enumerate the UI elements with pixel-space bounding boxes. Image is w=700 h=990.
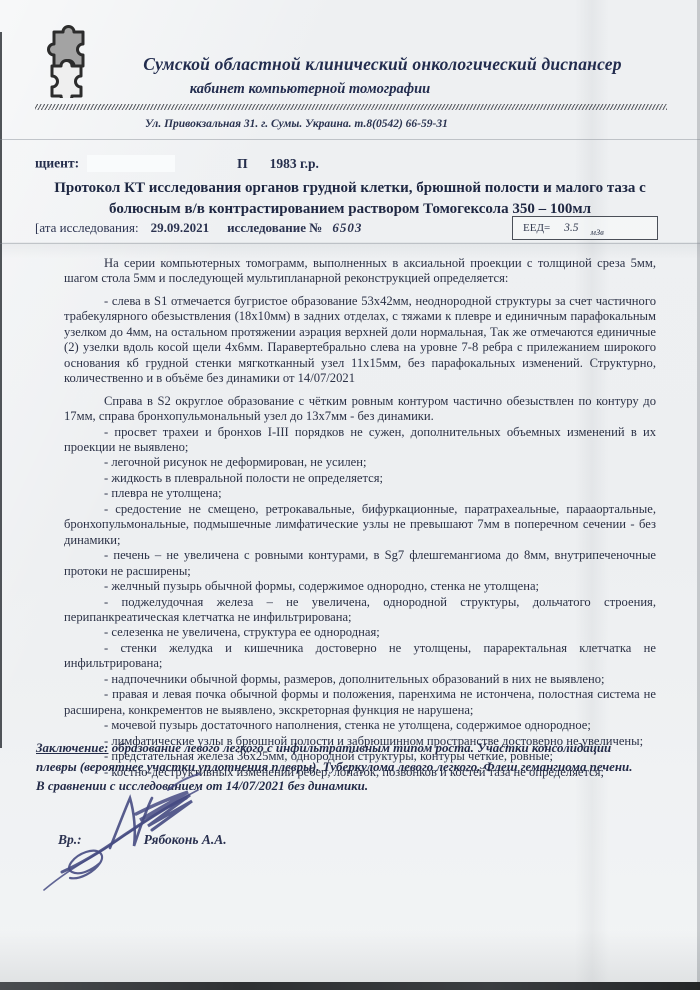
report-body: На серии компьютерных томограмм, выполне… bbox=[64, 256, 656, 780]
redaction-box bbox=[87, 155, 175, 172]
report-paragraph: - стенки желудка и кишечника достоверно … bbox=[64, 641, 656, 672]
patient-initial: П bbox=[237, 156, 248, 171]
report-paragraph: - средостение не смещено, ретрокавальные… bbox=[64, 502, 656, 548]
paper-crease bbox=[0, 930, 700, 982]
study-row: [ата исследования:29.09.2021исследование… bbox=[35, 220, 362, 236]
scanned-ct-report-page: Сумской областной клинический онкологиче… bbox=[0, 0, 700, 990]
protocol-title-line1: Протокол КТ исследования органов грудной… bbox=[40, 178, 660, 199]
report-paragraph: - плевра не утолщена; bbox=[64, 486, 656, 501]
conclusion-label: Заключение: bbox=[36, 741, 108, 755]
organization-name: Сумской областной клинический онкологиче… bbox=[110, 54, 655, 75]
study-date: 29.09.2021 bbox=[151, 220, 210, 235]
report-paragraph: - легочной рисунок не деформирован, не у… bbox=[64, 455, 656, 470]
study-number-label: исследование № bbox=[227, 220, 322, 235]
dose-unit: мЗв bbox=[591, 227, 604, 237]
divider bbox=[0, 139, 700, 140]
divider bbox=[0, 243, 700, 244]
protocol-title: Протокол КТ исследования органов грудной… bbox=[40, 178, 660, 220]
report-paragraph: - поджелудочная железа – не увеличена, о… bbox=[64, 595, 656, 626]
report-paragraph: - мочевой пузырь достаточного наполнения… bbox=[64, 718, 656, 733]
report-paragraph: - слева в S1 отмечается бугристое образо… bbox=[64, 294, 656, 387]
header-separator bbox=[35, 104, 667, 110]
signature-row: Вр.:Рябоконь А.А. bbox=[58, 832, 227, 848]
report-paragraph: - печень – не увеличена с ровными контур… bbox=[64, 548, 656, 579]
conclusion-block: Заключение: образование левого легкого с… bbox=[36, 739, 636, 795]
report-paragraph: - правая и левая почка обычной формы и п… bbox=[64, 687, 656, 718]
report-paragraph: Справа в S2 округлое образование с чётки… bbox=[64, 394, 656, 425]
dose-value: 3.5 bbox=[564, 222, 578, 234]
study-number: 6503 bbox=[332, 220, 362, 235]
report-paragraph: - селезенка не увеличена, структура ее о… bbox=[64, 625, 656, 640]
dose-label: ЕЕД= bbox=[523, 222, 550, 234]
report-paragraph: На серии компьютерных томограмм, выполне… bbox=[64, 256, 656, 287]
scan-edge-bottom bbox=[0, 982, 700, 990]
report-paragraph: - желчный пузырь обычной формы, содержим… bbox=[64, 579, 656, 594]
department-name: кабинет компьютерной томографии bbox=[60, 81, 560, 98]
report-paragraph: - жидкость в плевральной полости не опре… bbox=[64, 471, 656, 486]
address-line: Ул. Привокзальная 31. г. Сумы. Украина. … bbox=[145, 118, 448, 130]
conclusion-text: образование левого легкого с инфильтрати… bbox=[36, 741, 632, 793]
doctor-label: Вр.: bbox=[58, 832, 82, 847]
patient-label: щиент: bbox=[35, 156, 79, 171]
doctor-name: Рябоконь А.А. bbox=[144, 832, 227, 847]
effective-dose-box: ЕЕД= 3.5 мЗв bbox=[512, 216, 658, 240]
patient-birth-year: 1983 г.р. bbox=[270, 156, 319, 171]
study-date-label: [ата исследования: bbox=[35, 220, 139, 235]
report-paragraph: - надпочечники обычной формы, размеров, … bbox=[64, 672, 656, 687]
patient-row: щиент:П1983 г.р. bbox=[35, 155, 319, 174]
report-paragraph: - просвет трахеи и бронхов I-III порядко… bbox=[64, 425, 656, 456]
